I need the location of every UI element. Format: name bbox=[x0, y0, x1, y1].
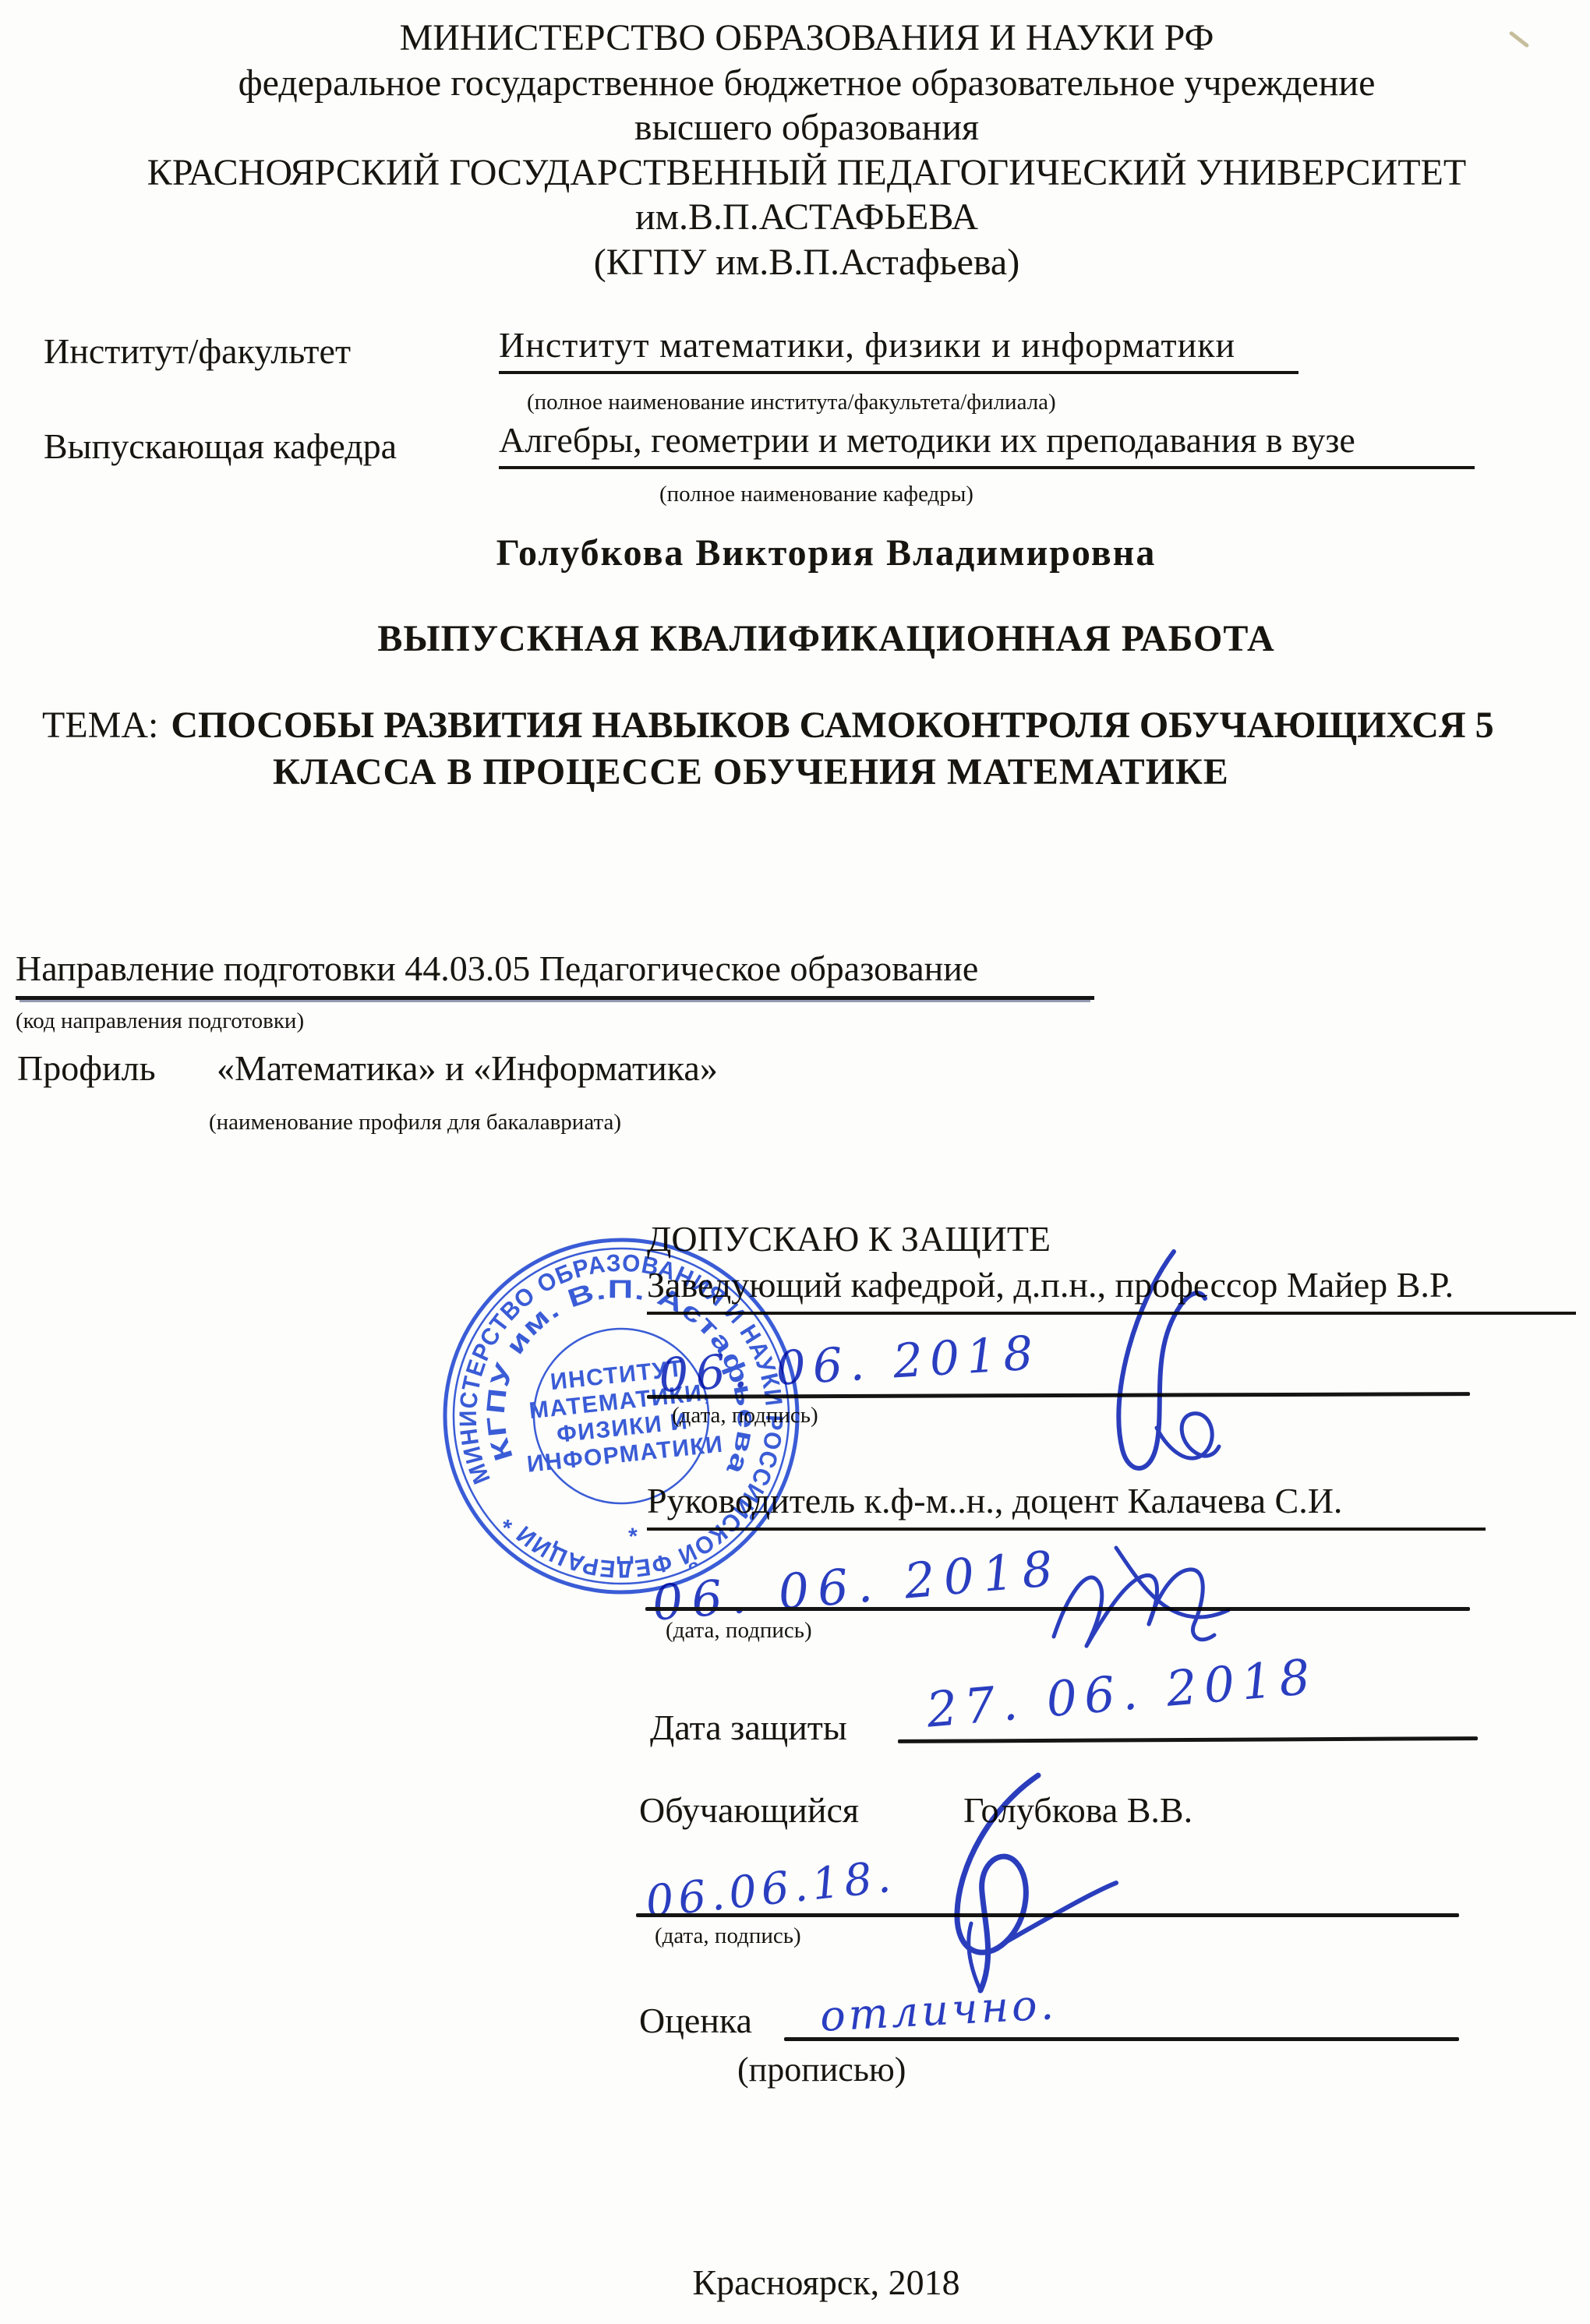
city-year-footer: Красноярск, 2018 bbox=[62, 2262, 1590, 2303]
topic-line-2: КЛАССА В ПРОЦЕССЕ ОБУЧЕНИЯ МАТЕМАТИКЕ bbox=[273, 751, 1229, 793]
grade-label: Оценка bbox=[639, 2000, 752, 2041]
student-date-signature-hint: (дата, подпись) bbox=[655, 1923, 801, 1949]
profile-hint: (наименование профиля для бакалавриата) bbox=[209, 1110, 621, 1136]
student-label: Обучающийся bbox=[639, 1789, 859, 1831]
direction-hint: (код направления подготовки) bbox=[16, 1008, 304, 1034]
profile-value: «Математика» и «Информатика» bbox=[217, 1047, 718, 1089]
stamp-bottom-star: * bbox=[627, 1524, 641, 1550]
institute-hint: (полное наименование института/факультет… bbox=[527, 390, 1056, 415]
scanned-thesis-title-page: { "document": { "header": { "lines": [ "… bbox=[0, 0, 1590, 2324]
header-education-level: высшего образования bbox=[31, 105, 1582, 150]
topic-label: ТЕМА: bbox=[42, 705, 158, 746]
header-university-abbr: (КГПУ им.В.П.Астафьева) bbox=[31, 240, 1582, 285]
institute-value-field: Институт математики, физики и информатик… bbox=[499, 324, 1298, 374]
defense-date-label: Дата защиты bbox=[650, 1707, 847, 1748]
grade-line bbox=[784, 2037, 1459, 2041]
department-hint: (полное наименование кафедры) bbox=[659, 482, 973, 507]
supervisor-signature-icon bbox=[1041, 1537, 1236, 1673]
supervisor-date-signature-hint: (дата, подпись) bbox=[666, 1618, 812, 1644]
topic-line-1: ТЕМА:СПОСОБЫ РАЗВИТИЯ НАВЫКОВ САМОКОНТРО… bbox=[42, 704, 1494, 747]
direction-field: Направление подготовки 44.03.05 Педагоги… bbox=[16, 948, 1094, 1000]
university-header: МИНИСТЕРСТВО ОБРАЗОВАНИЯ И НАУКИ РФ феде… bbox=[31, 16, 1582, 284]
header-institution-type: федеральное государственное бюджетное об… bbox=[31, 61, 1582, 106]
institute-label: Институт/факультет bbox=[44, 330, 351, 372]
approver-signature-icon bbox=[1082, 1241, 1230, 1482]
header-university-name: КРАСНОЯРСКИЙ ГОСУДАРСТВЕННЫЙ ПЕДАГОГИЧЕС… bbox=[31, 150, 1582, 196]
topic-text-1: СПОСОБЫ РАЗВИТИЯ НАВЫКОВ САМОКОНТРОЛЯ ОБ… bbox=[171, 705, 1493, 746]
author-name: Голубкова Виктория Владимировна bbox=[62, 532, 1590, 574]
department-label: Выпускающая кафедра bbox=[44, 426, 397, 467]
work-type-title: ВЫПУСКНАЯ КВАЛИФИКАЦИОННАЯ РАБОТА bbox=[62, 617, 1590, 660]
student-signature-icon bbox=[876, 1763, 1125, 1997]
defense-date-line bbox=[898, 1736, 1478, 1743]
header-university-named-after: им.В.П.АСТАФЬЕВА bbox=[31, 195, 1582, 240]
department-value-field: Алгебры, геометрии и методики их препода… bbox=[499, 419, 1475, 469]
profile-label: Профиль bbox=[17, 1047, 156, 1089]
grade-hint: (прописью) bbox=[737, 2050, 906, 2089]
university-round-stamp-icon: МИНИСТЕРСТВО ОБРАЗОВАНИЯ И НАУКИ РОССИЙС… bbox=[420, 1215, 823, 1618]
header-ministry: МИНИСТЕРСТВО ОБРАЗОВАНИЯ И НАУКИ РФ bbox=[31, 16, 1582, 61]
